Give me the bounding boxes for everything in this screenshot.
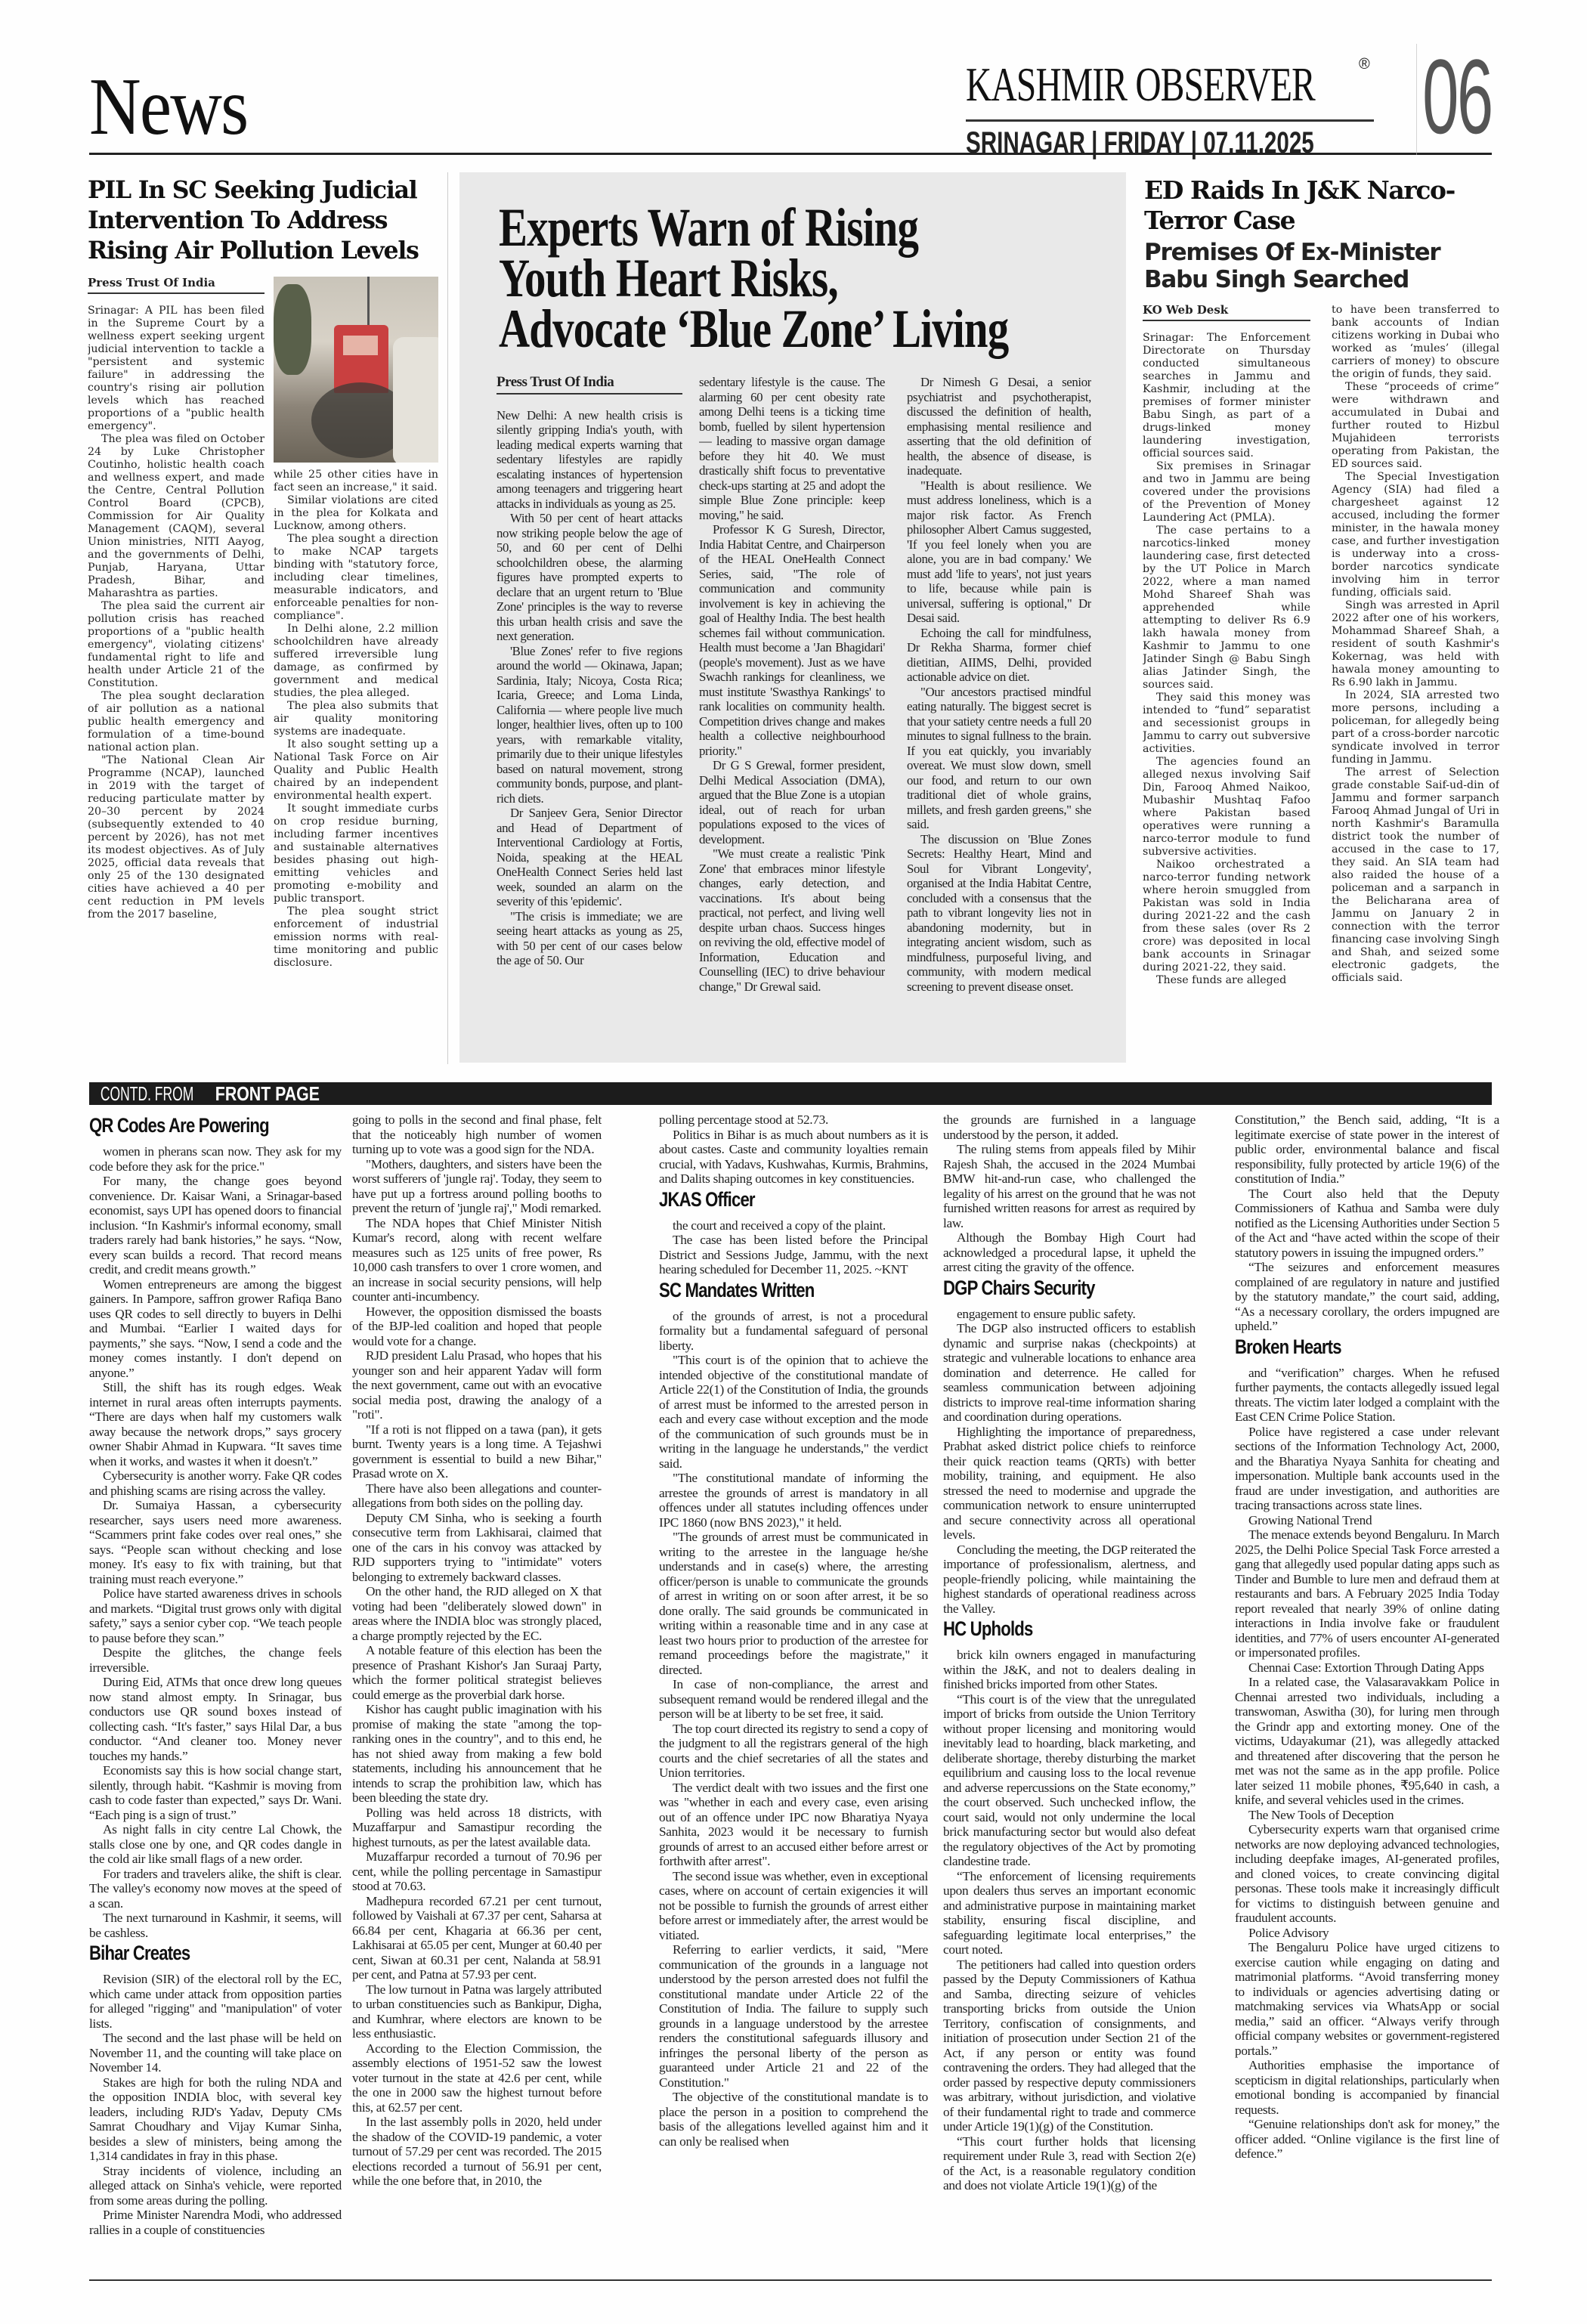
paragraph: "Our ancestors practised mindful eating …	[907, 685, 1091, 832]
paragraph: The next turnaround in Kashmir, it seems…	[89, 1911, 342, 1940]
dgp-chairs-heading: DGP Chairs Security	[943, 1276, 1150, 1299]
paragraph: The plea sought strict enforcement of in…	[274, 905, 438, 970]
paragraph: The Court also held that the Deputy Comm…	[1235, 1187, 1499, 1261]
paragraph: Dr Nimesh G Desai, a senior psychiatrist…	[907, 375, 1091, 478]
paragraph: The Special Investigation Agency (SIA) h…	[1332, 471, 1499, 599]
paragraph: For many, the change goes beyond conveni…	[89, 1174, 342, 1277]
paragraph: The plea also submits that air quality m…	[274, 700, 438, 738]
contd-label: CONTD. FROM FRONT PAGE	[89, 1082, 320, 1105]
paragraph: Singh was arrested in April 2022 after o…	[1332, 599, 1499, 689]
pil-column-2: while 25 other cities have in fact seen …	[274, 469, 438, 1063]
paragraph: "This court is of the opinion that to ac…	[659, 1353, 928, 1471]
contd-label-regular: CONTD. FROM	[95, 1082, 193, 1105]
paragraph: Chennai Case: Extortion Through Dating A…	[1235, 1660, 1499, 1676]
paragraph: brick kiln owners engaged in manufacturi…	[943, 1648, 1196, 1692]
broken-hearts-body: and “verification” charges. When he refu…	[1235, 1366, 1499, 2162]
paragraph: Srinagar: A PIL has been filed in the Su…	[88, 305, 264, 433]
paragraph: The ruling stems from appeals filed by M…	[943, 1142, 1196, 1230]
hc-tail-body: Constitution,” the Bench said, adding, “…	[1235, 1112, 1499, 1334]
paragraph: 'Blue Zones' refer to five regions aroun…	[497, 644, 682, 806]
paragraph: Concluding the meeting, the DGP reiterat…	[943, 1543, 1196, 1617]
paragraph: "If a roti is not flipped on a tawa (pan…	[352, 1422, 602, 1481]
bihar-creates-heading: Bihar Creates	[89, 1942, 296, 1964]
page-number: 06	[1416, 44, 1492, 155]
paragraph: In 2024, SIA arrested two more persons, …	[1332, 689, 1499, 766]
paragraph: The discussion on 'Blue Zones Secrets: H…	[907, 832, 1091, 995]
paragraph: A notable feature of this election has b…	[352, 1643, 602, 1702]
paragraph: These funds are alleged	[1143, 974, 1310, 987]
paragraph: Echoing the call for mindfulness, Dr Rek…	[907, 626, 1091, 685]
paragraph: Deputy CM Sinha, who is seeking a fourth…	[352, 1511, 602, 1585]
pil-column-1: Press Trust Of India Srinagar: A PIL has…	[88, 277, 264, 1063]
photo-pole	[367, 277, 370, 330]
paragraph: “This court further holds that licensing…	[943, 2134, 1196, 2193]
brand-divider	[966, 119, 1374, 122]
headline-line-3: Advocate ‘Blue Zone’ Living	[499, 304, 988, 354]
bluezone-column-1: Press Trust Of India New Delhi: A new he…	[497, 375, 682, 1040]
pil-byline: Press Trust Of India	[88, 277, 264, 294]
paragraph: "The grounds of arrest must be communica…	[659, 1530, 928, 1677]
paragraph: The agencies found an alleged nexus invo…	[1143, 756, 1310, 859]
paragraph: The verdict dealt with two issues and th…	[659, 1781, 928, 1869]
paragraph: They said this money was intended to “fu…	[1143, 692, 1310, 756]
paragraph: “Genuine relationships don't ask for mon…	[1235, 2117, 1499, 2162]
paragraph: of the grounds of arrest, is not a proce…	[659, 1309, 928, 1354]
paragraph: The second and the last phase will be he…	[89, 2031, 342, 2075]
paragraph: Police have registered a case under rele…	[1235, 1425, 1499, 1513]
bluezone-col2-body: sedentary lifestyle is the cause. The al…	[699, 375, 885, 994]
section-title: News	[89, 67, 247, 148]
contd-from-front-page-bar: CONTD. FROM FRONT PAGE	[89, 1082, 1492, 1105]
ed-column-1: KO Web Desk Srinagar: The Enforcement Di…	[1143, 304, 1310, 1063]
paragraph: Women entrepreneurs are among the bigges…	[89, 1277, 342, 1381]
jkas-officer-heading: JKAS Officer	[659, 1188, 880, 1211]
dgp-chairs-body: engagement to ensure public safety.The D…	[943, 1307, 1196, 1617]
paragraph: Constitution,” the Bench said, adding, “…	[1235, 1112, 1499, 1187]
paragraph: Revision (SIR) of the electoral roll by …	[89, 1972, 342, 2031]
paragraph: However, the opposition dismissed the bo…	[352, 1304, 602, 1349]
ed-headline: ED Raids In J&K Narco-Terror Case	[1144, 175, 1507, 236]
paragraph: The NDA hopes that Chief Minister Nitish…	[352, 1216, 602, 1304]
paragraph: going to polls in the second and final p…	[352, 1112, 602, 1157]
paragraph: "Mothers, daughters, and sisters have be…	[352, 1157, 602, 1216]
paragraph: Referring to earlier verdicts, it said, …	[659, 1942, 928, 2090]
bihar-creates-body: Revision (SIR) of the electoral roll by …	[89, 1972, 342, 2237]
paragraph: The plea was filed on October 24 by Luke…	[88, 433, 264, 600]
paragraph: The Bengaluru Police have urged citizens…	[1235, 1940, 1499, 2058]
contd-column-3: polling percentage stood at 52.73.Politi…	[659, 1112, 928, 2276]
bluezone-byline: Press Trust Of India	[497, 375, 682, 395]
paragraph: The objective of the constitutional mand…	[659, 2090, 928, 2149]
paragraph: Srinagar: The Enforcement Directorate on…	[1143, 332, 1310, 460]
qr-codes-heading: QR Codes Are Powering	[89, 1114, 296, 1137]
paragraph: Stray incidents of violence, including a…	[89, 2164, 342, 2208]
bluezone-col3-body: Dr Nimesh G Desai, a senior psychiatrist…	[907, 375, 1091, 994]
bluezone-headline: Experts Warn of Rising Youth Heart Risks…	[499, 203, 988, 354]
paragraph: RJD president Lalu Prasad, who hopes tha…	[352, 1348, 602, 1422]
headline-line-2: Youth Heart Risks,	[499, 253, 988, 304]
paragraph: Six premises in Srinagar and two in Jamm…	[1143, 460, 1310, 525]
paragraph: "The National Clean Air Programme (NCAP)…	[88, 754, 264, 921]
paragraph: “This court is of the view that the unre…	[943, 1692, 1196, 1869]
paragraph: For traders and travelers alike, the shi…	[89, 1867, 342, 1911]
paragraph: It also sought setting up a National Tas…	[274, 738, 438, 803]
dateline: SRINAGAR | FRIDAY | 07.11.2025	[966, 128, 1262, 158]
paragraph: Muzaffarpur recorded a turnout of 70.96 …	[352, 1849, 602, 1894]
sc-mandates-heading: SC Mandates Written	[659, 1279, 880, 1301]
paragraph: The case has been listed before the Prin…	[659, 1233, 928, 1277]
paragraph: "We must create a realistic 'Pink Zone' …	[699, 846, 885, 994]
hc-upholds-body: brick kiln owners engaged in manufacturi…	[943, 1648, 1196, 2193]
paragraph: With 50 per cent of heart attacks now st…	[497, 511, 682, 644]
paragraph: Despite the glitches, the change feels i…	[89, 1645, 342, 1675]
contd-column-2: going to polls in the second and final p…	[352, 1112, 602, 2276]
ed-subheadline: Premises Of Ex-Minister Babu Singh Searc…	[1144, 239, 1507, 293]
paragraph: Police have started awareness drives in …	[89, 1586, 342, 1645]
paragraph: In case of non-compliance, the arrest an…	[659, 1677, 928, 1722]
paragraph: Highlighting the importance of preparedn…	[943, 1425, 1196, 1543]
bluezone-column-3: Dr Nimesh G Desai, a senior psychiatrist…	[907, 375, 1091, 1040]
paragraph: Cybersecurity experts warn that organise…	[1235, 1822, 1499, 1926]
paragraph: The low turnout in Patna was largely att…	[352, 1982, 602, 2041]
paragraph: Madhepura recorded 67.21 per cent turnou…	[352, 1894, 602, 1982]
paragraph: The DGP also instructed officers to esta…	[943, 1321, 1196, 1425]
photo-car	[393, 337, 438, 463]
broken-hearts-heading: Broken Hearts	[1235, 1335, 1452, 1358]
contd-column-1: QR Codes Are Powering women in pherans s…	[89, 1112, 342, 2276]
ed-col2-body: to have been transferred to bank account…	[1332, 304, 1499, 985]
paragraph: engagement to ensure public safety.	[943, 1307, 1196, 1322]
contd-column-5: Constitution,” the Bench said, adding, “…	[1235, 1112, 1499, 2276]
paragraph: The New Tools of Deception	[1235, 1808, 1499, 1823]
paragraph: As night falls in city centre Lal Chowk,…	[89, 1822, 342, 1867]
pil-photo	[274, 277, 438, 463]
bihar-tail-body: polling percentage stood at 52.73.Politi…	[659, 1112, 928, 1187]
paragraph: “The enforcement of licensing requiremen…	[943, 1869, 1196, 1957]
paragraph: Dr G S Grewal, former president, Delhi M…	[699, 758, 885, 846]
paragraph: The arrest of Selection grade constable …	[1332, 766, 1499, 985]
paragraph: "The constitutional mandate of informing…	[659, 1471, 928, 1530]
paragraph: and “verification” charges. When he refu…	[1235, 1366, 1499, 1425]
column-rule	[447, 172, 448, 1064]
hc-upholds-heading: HC Upholds	[943, 1617, 1150, 1640]
paragraph: Politics in Bihar is as much about numbe…	[659, 1128, 928, 1187]
bluezone-col1-body: New Delhi: A new health crisis is silent…	[497, 408, 682, 968]
paragraph: There have also been allegations and cou…	[352, 1481, 602, 1511]
paragraph: Similar violations are cited in the plea…	[274, 494, 438, 533]
paragraph: polling percentage stood at 52.73.	[659, 1112, 928, 1128]
pil-col2-body: while 25 other cities have in fact seen …	[274, 469, 438, 970]
paragraph: Police Advisory	[1235, 1926, 1499, 1941]
paragraph: Still, the shift has its rough edges. We…	[89, 1380, 342, 1468]
paragraph: the court and received a copy of the pla…	[659, 1218, 928, 1233]
paragraph: Dr Sanjeev Gera, Senior Director and Hea…	[497, 806, 682, 909]
sc-mandates-body: of the grounds of arrest, is not a proce…	[659, 1309, 928, 2149]
contd-column-4: the grounds are furnished in a language …	[943, 1112, 1196, 2276]
paragraph: Economists say this is how social change…	[89, 1763, 342, 1822]
page-bottom-rule	[89, 2279, 1492, 2281]
ed-column-2: to have been transferred to bank account…	[1332, 304, 1499, 1063]
paragraph: According to the Election Commission, th…	[352, 2041, 602, 2115]
paragraph: Although the Bombay High Court had ackno…	[943, 1230, 1196, 1275]
paragraph: Growing National Trend	[1235, 1513, 1499, 1528]
paragraph: In the last assembly polls in 2020, held…	[352, 2115, 602, 2189]
qr-codes-body: women in pherans scan now. They ask for …	[89, 1144, 342, 1940]
paragraph: In Delhi alone, 2.2 million schoolchildr…	[274, 623, 438, 700]
paragraph: to have been transferred to bank account…	[1332, 304, 1499, 381]
paragraph: The plea sought declaration of air pollu…	[88, 690, 264, 754]
masthead: News KASHMIR OBSERVER ® SRINAGAR | FRIDA…	[89, 0, 1492, 155]
ed-col1-body: Srinagar: The Enforcement Directorate on…	[1143, 332, 1310, 987]
paragraph: The case pertains to a narcotics-linked …	[1143, 525, 1310, 692]
paragraph: while 25 other cities have in fact seen …	[274, 469, 438, 494]
paragraph: These “proceeds of crime” were withdrawn…	[1332, 381, 1499, 471]
paragraph: Authorities emphasise the importance of …	[1235, 2058, 1499, 2117]
paragraph: “The seizures and enforcement measures c…	[1235, 1260, 1499, 1334]
paragraph: sedentary lifestyle is the cause. The al…	[699, 375, 885, 522]
bihar-continued-body: going to polls in the second and final p…	[352, 1112, 602, 2189]
bluezone-column-2: sedentary lifestyle is the cause. The al…	[699, 375, 885, 1040]
paragraph: "The crisis is immediate; we are seeing …	[497, 909, 682, 968]
paragraph: Professor K G Suresh, Director, India Ha…	[699, 522, 885, 758]
paragraph: During Eid, ATMs that once drew long que…	[89, 1675, 342, 1763]
paragraph: In a related case, the Valasaravakkam Po…	[1235, 1675, 1499, 1808]
paragraph: The second issue was whether, even in ex…	[659, 1869, 928, 1943]
jkas-officer-body: the court and received a copy of the pla…	[659, 1218, 928, 1277]
paragraph: Kishor has caught public imagination wit…	[352, 1702, 602, 1806]
paragraph: The menace extends beyond Bengaluru. In …	[1235, 1527, 1499, 1660]
paragraph: Stakes are high for both the ruling NDA …	[89, 2075, 342, 2164]
pil-col1-body: Srinagar: A PIL has been filed in the Su…	[88, 305, 264, 921]
paragraph: On the other hand, the RJD alleged on X …	[352, 1584, 602, 1643]
paragraph: Polling was held across 18 districts, wi…	[352, 1806, 602, 1850]
paragraph: The top court directed its registry to s…	[659, 1722, 928, 1781]
photo-tree	[274, 284, 311, 375]
brand-block: KASHMIR OBSERVER ® SRINAGAR | FRIDAY | 0…	[966, 60, 1366, 158]
pil-headline: PIL In SC Seeking Judicial Intervention …	[88, 175, 428, 266]
headline-line-1: Experts Warn of Rising	[499, 203, 988, 253]
newspaper-name: KASHMIR OBSERVER	[966, 60, 1262, 109]
paragraph: The plea sought a direction to make NCAP…	[274, 533, 438, 623]
paragraph: New Delhi: A new health crisis is silent…	[497, 408, 682, 512]
contd-label-bold: FRONT PAGE	[215, 1082, 320, 1105]
paragraph: the grounds are furnished in a language …	[943, 1112, 1196, 1142]
paragraph: women in pherans scan now. They ask for …	[89, 1144, 342, 1174]
paragraph: Naikoo orchestrated a narco-terror fundi…	[1143, 859, 1310, 974]
paragraph: The petitioners had called into question…	[943, 1957, 1196, 2134]
paragraph: "Health is about resilience. We must add…	[907, 478, 1091, 626]
registered-mark: ®	[1359, 56, 1370, 73]
paragraph: It sought immediate curbs on crop residu…	[274, 803, 438, 905]
paragraph: The plea said the current air pollution …	[88, 600, 264, 690]
paragraph: Prime Minister Narendra Modi, who addres…	[89, 2208, 342, 2237]
ed-byline: KO Web Desk	[1143, 304, 1310, 321]
paragraph: Cybersecurity is another worry. Fake QR …	[89, 1468, 342, 1498]
paragraph: Dr. Sumaiya Hassan, a cybersecurity rese…	[89, 1498, 342, 1586]
sc-tail-body: the grounds are furnished in a language …	[943, 1112, 1196, 1275]
